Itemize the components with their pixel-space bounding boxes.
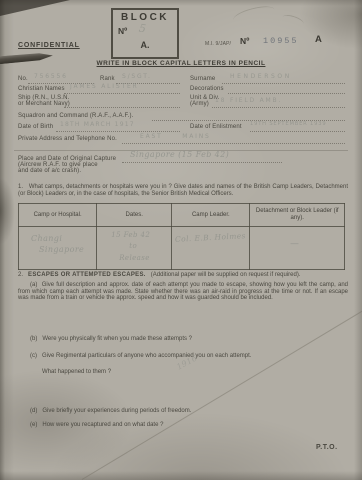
field-decorations-line [228,92,345,94]
dates-entry-line2: to [129,242,137,250]
field-dob-value: 18TH MARCH 1917 [60,121,135,128]
file-ref-stamped-number: 10955 [263,38,299,44]
block-number-stamp: BLOCK Nº 5 A. [111,8,179,59]
camps-table-entry-row: Changi Singapore 15 Feb 42 to Release Co… [19,227,345,270]
field-no-value: 756556 [34,73,68,80]
question-2a-text: (a) Give full description and approx. da… [18,282,348,302]
question-2e-text: (e) How were you recaptured and on what … [30,422,350,429]
field-unit-value: 18 FIELD AMB. [215,97,282,104]
dates-entry-line1: 15 Feb 42 [111,231,150,239]
block-stamp-handwritten-number: 5 [138,22,147,36]
cell-camp-leader: Col. E.B. Holmes [172,227,250,270]
scanned-pow-liberation-questionnaire: CONFIDENTIAL BLOCK Nº 5 A. M.I. 9/JAP/ N… [0,0,362,480]
field-enlistment-value: 19TH SEPTEMBER 1939 [250,121,326,127]
field-capture-label-line3: and date of a/c crash). [18,168,81,174]
question-1-body: What camps, detachments or hospitals wer… [18,184,348,197]
col-header-detachment-leader: Detachment or Block Leader (if any). [250,204,345,227]
field-unit-line [212,106,345,108]
field-rank-value: S/SGT. [122,73,152,80]
block-stamp-no-label: Nº [118,26,127,36]
question-2d-body: Give briefly your experiences during per… [42,408,191,414]
field-address-value: EAST MAINS [140,133,211,140]
camp-leader-entry: Col. E.B. Holmes [175,231,246,244]
field-surname-line [222,82,345,84]
question-2e-body: How were you recaptured and on what date… [42,422,163,428]
field-surname-value: HENDERSON [230,73,292,80]
pencil-scribble [281,13,305,28]
field-no-label: No. [18,76,28,82]
pencil-scribble [232,3,276,26]
field-christian-names-line [64,92,180,94]
field-rank-label: Rank [100,76,115,82]
question-2-title: ESCAPES OR ATTEMPTED ESCAPES. [28,272,146,278]
question-1-text: 1. What camps, detachments or hospitals … [18,184,348,197]
camp-entry-line1: Changi [31,234,62,243]
question-2c-followup-text: What happened to them ? [42,369,342,376]
field-address-line [122,142,345,144]
question-2c-label: (c) [30,353,37,359]
col-header-camp-leader: Camp Leader. [172,204,250,227]
question-2-number: 2. [18,272,23,278]
camps-table-header-row: Camp or Hospital. Dates. Camp Leader. De… [19,204,345,227]
field-dob-line [56,130,180,132]
question-1-number: 1. [18,184,23,190]
col-header-camp-or-hospital: Camp or Hospital. [19,204,97,227]
field-christian-names-value: JAMES ALISTER [70,83,139,90]
question-2a-body: Give full description and approx. date o… [18,282,348,301]
instruction-heading: WRITE IN BLOCK CAPITAL LETTERS IN PENCIL [0,61,362,67]
question-2d-text: (d) Give briefly your experiences during… [30,408,350,415]
question-2a-label: (a) [30,282,37,288]
question-2b-text: (b) Were you physically fit when you mad… [30,336,350,343]
question-2-heading: 2. ESCAPES OR ATTEMPTED ESCAPES. (Additi… [18,272,348,279]
field-squadron-label: Squadron and Command (R.A.F., A.A.F.). [18,113,133,119]
question-2-note: (Additional paper will be supplied on re… [151,272,301,278]
camps-table: Camp or Hospital. Dates. Camp Leader. De… [18,203,345,270]
field-decorations-label: Decorations [190,86,224,92]
cell-dates: 15 Feb 42 to Release [97,227,172,270]
field-ship-label-line2: or Merchant Navy) [18,101,70,107]
dates-entry-line3: Release [119,254,150,262]
file-ref-no-label: Nº [240,38,250,44]
field-ship-line [64,106,180,108]
field-dob-label: Date of Birth [18,124,53,130]
field-address-label: Private Address and Telephone No. [18,136,117,142]
scanner-corner-shadow [0,0,70,16]
field-surname-label: Surname [190,76,215,82]
cell-camp: Changi Singapore [19,227,97,270]
question-2b-label: (b) [30,336,37,342]
pto-label: P.T.O. [316,444,338,451]
field-christian-names-label: Christian Names [18,86,65,92]
detachment-entry-dash: — [290,239,298,248]
field-capture-line [122,161,282,163]
question-2e-label: (e) [30,422,37,428]
question-2d-label: (d) [30,408,37,414]
file-ref-prefix: M.I. 9/JAP/ [205,41,231,47]
field-enlistment-line [250,130,345,132]
question-2c-body: Give Regimental particulars of anyone wh… [42,353,251,359]
question-2b-body: Were you physically fit when you made th… [42,336,192,342]
confidential-marking: CONFIDENTIAL [18,43,80,49]
col-header-dates: Dates. [97,204,172,227]
field-capture-value: Singapore (15 Feb 42) [130,150,229,159]
field-enlistment-label: Date of Enlistment [190,124,242,130]
crease-line [82,309,362,480]
camp-entry-line2: Singapore [39,245,84,254]
field-unit-label-line2: (Army) [190,101,209,107]
block-stamp-letter: A. [113,40,177,50]
file-ref-series-letter: A [315,37,322,43]
cell-detachment-leader: — [250,227,345,270]
